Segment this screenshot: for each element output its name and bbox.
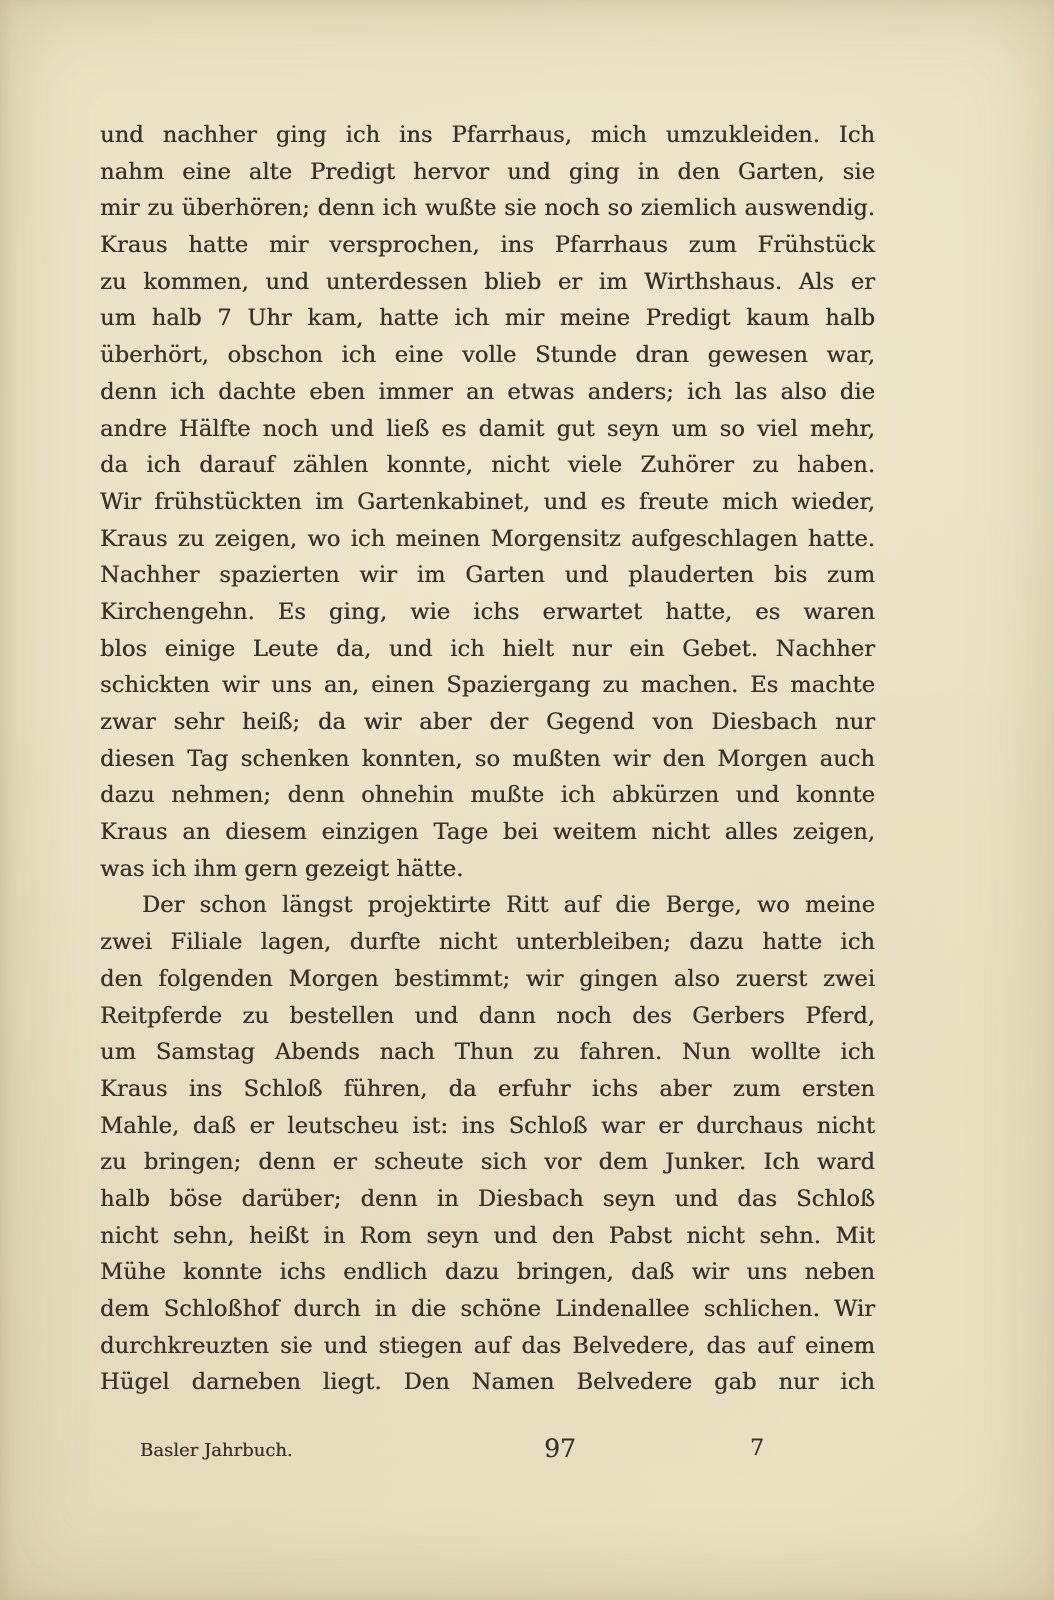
- text-line: Wir frühstückten im Gartenkabinet, und e…: [100, 484, 875, 521]
- text-line: schickten wir uns an, einen Spaziergang …: [100, 667, 875, 704]
- text-line: zu kommen, und unterdessen blieb er im W…: [100, 264, 875, 301]
- text-line: zwar sehr heiß; da wir aber der Gegend v…: [100, 704, 875, 741]
- text-line: blos einige Leute da, und ich hielt nur …: [100, 631, 875, 668]
- signature-number: 7: [750, 1436, 764, 1461]
- text-line: halb böse darüber; denn in Diesbach seyn…: [100, 1181, 875, 1218]
- text-line-paragraph-end: was ich ihm gern gezeigt hätte.: [100, 851, 875, 888]
- text-line: Reitpferde zu bestellen und dann noch de…: [100, 998, 875, 1035]
- text-line: zu bringen; denn er scheute sich vor dem…: [100, 1144, 875, 1181]
- text-line: Kraus ins Schloß führen, da erfuhr ichs …: [100, 1071, 875, 1108]
- text-line: Mahle, daß er leutscheu ist: ins Schloß …: [100, 1108, 875, 1145]
- text-line: zwei Filiale lagen, durfte nicht unterbl…: [100, 924, 875, 961]
- text-line: Hügel darneben liegt. Den Namen Belveder…: [100, 1364, 875, 1401]
- text-line: um halb 7 Uhr kam, hatte ich mir meine P…: [100, 300, 875, 337]
- text-line-paragraph-start: Der schon längst projektirte Ritt auf di…: [100, 887, 875, 924]
- text-line: durchkreuzten sie und stiegen auf das Be…: [100, 1328, 875, 1365]
- text-line: dazu nehmen; denn ohnehin mußte ich abkü…: [100, 777, 875, 814]
- text-line: denn ich dachte eben immer an etwas ande…: [100, 374, 875, 411]
- text-line: Kraus an diesem einzigen Tage bei weitem…: [100, 814, 875, 851]
- series-title: Basler Jahrbuch.: [140, 1440, 293, 1461]
- text-line: überhört, obschon ich eine volle Stunde …: [100, 337, 875, 374]
- text-line: da ich darauf zählen konnte, nicht viele…: [100, 447, 875, 484]
- text-line: nicht sehn, heißt in Rom seyn und den Pa…: [100, 1218, 875, 1255]
- text-line: andre Hälfte noch und ließ es damit gut …: [100, 411, 875, 448]
- text-line: Mühe konnte ichs endlich dazu bringen, d…: [100, 1254, 875, 1291]
- text-line: Kraus hatte mir versprochen, ins Pfarrha…: [100, 227, 875, 264]
- page-footer: Basler Jahrbuch. 97 7: [100, 1432, 875, 1472]
- text-line: dem Schloßhof durch in die schöne Linden…: [100, 1291, 875, 1328]
- text-line: den folgenden Morgen bestimmt; wir ginge…: [100, 961, 875, 998]
- page-text-block: und nachher ging ich ins Pfarrhaus, mich…: [100, 117, 875, 1401]
- book-page: und nachher ging ich ins Pfarrhaus, mich…: [0, 0, 1054, 1600]
- text-line: nahm eine alte Predigt hervor und ging i…: [100, 154, 875, 191]
- text-line: Kraus zu zeigen, wo ich meinen Morgensit…: [100, 521, 875, 558]
- text-line: Nachher spazierten wir im Garten und pla…: [100, 557, 875, 594]
- text-line: um Samstag Abends nach Thun zu fahren. N…: [100, 1034, 875, 1071]
- text-line: diesen Tag schenken konnten, so mußten w…: [100, 741, 875, 778]
- text-line: Kirchengehn. Es ging, wie ichs erwartet …: [100, 594, 875, 631]
- text-line: mir zu überhören; denn ich wußte sie noc…: [100, 190, 875, 227]
- text-line: und nachher ging ich ins Pfarrhaus, mich…: [100, 117, 875, 154]
- page-number: 97: [500, 1434, 620, 1463]
